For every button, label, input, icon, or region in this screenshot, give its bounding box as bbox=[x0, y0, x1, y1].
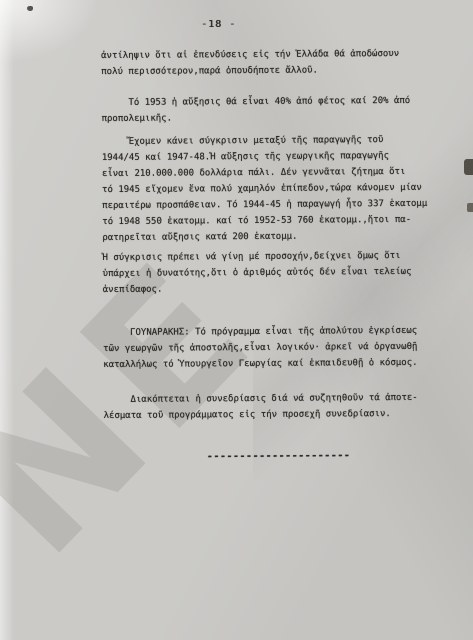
text-line: ἀντίληψιν ὅτι αἱ ἐπενδύσεις εἰς τήν Ἑλλά… bbox=[101, 46, 446, 64]
text-line: Διακόπτεται ἡ συνεδρίασις διά νά συζητηθ… bbox=[103, 390, 448, 408]
text-line: τό 1948 550 ἑκατομμ. καί τό 1952-53 760 … bbox=[102, 212, 447, 230]
paragraph: Διακόπτεται ἡ συνεδρίασις διά νά συζητηθ… bbox=[103, 390, 448, 424]
text-line: Τό 1953 ἡ αὔξησις θά εἶναι 40% ἀπό φέτος… bbox=[101, 93, 446, 111]
paragraph: ἀντίληψιν ὅτι αἱ ἐπενδύσεις εἰς τήν Ἑλλά… bbox=[101, 46, 446, 80]
typewritten-text-column: ἀντίληψιν ὅτι αἱ ἐπενδύσεις εἰς τήν Ἑλλά… bbox=[0, 0, 473, 640]
paragraph: Τό 1953 ἡ αὔξησις θά εἶναι 40% ἀπό φέτος… bbox=[101, 93, 446, 127]
paragraph: Ἔχομεν κάνει σύγκρισιν μεταξύ τῆς παραγω… bbox=[102, 132, 448, 246]
paragraph: ΓΟΥΝΑΡΑΚΗΣ: Τό πρόγραμμα εἶναι τῆς ἀπολύ… bbox=[103, 323, 448, 373]
scanned-page: ΝΕ -18 - ἀντίληψιν ὅτι αἱ ἐπενδύσεις εἰς… bbox=[0, 0, 473, 640]
text-line: ρατηρεῖται αὔξησις κατά 200 ἑκατομμ. bbox=[102, 228, 447, 246]
paragraph: Ἡ σύγκρισις πρέπει νά γίνῃ μέ προσοχήν,δ… bbox=[102, 248, 447, 298]
text-line: ὑπάρχει ἡ δυνατότης,ὅτι ὁ ἀριθμός αὐτός … bbox=[103, 264, 448, 282]
text-line: προπολεμικῆς. bbox=[101, 109, 446, 127]
text-line: ἀνεπίδαφος. bbox=[103, 280, 448, 298]
text-line: πολύ περισσότερον,παρά ὁπουδήποτε ἄλλοῦ. bbox=[101, 62, 446, 80]
text-line: λέσματα τοῦ προγράμματος εἰς τήν προσεχῆ… bbox=[104, 406, 449, 424]
section-divider: ---------------------- bbox=[207, 450, 351, 462]
text-line: καταλλήλως τό Ὑπουργεῖον Γεωργίας καί ἐκ… bbox=[103, 355, 448, 373]
